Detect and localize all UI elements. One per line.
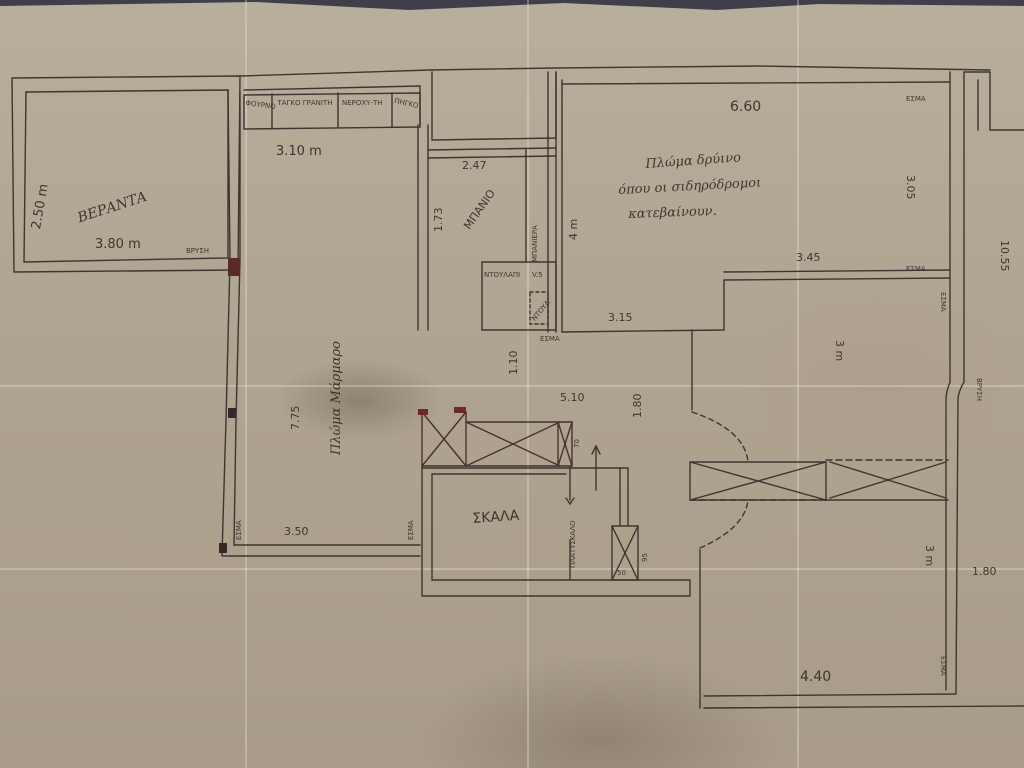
- hall-mark-right: ΕΣΜΑ: [408, 520, 415, 540]
- outer-width: 1.80: [972, 566, 997, 577]
- counter-cell-granite: ΤΑΓΚΟ ΓΡΑΝΙΤΗ: [276, 100, 334, 107]
- bathroom-width: 2.47: [462, 160, 487, 171]
- hall-width: 3.50: [284, 526, 309, 537]
- wardrobe-boxes: [690, 460, 948, 500]
- veranda-faucet: ΒΡΥΣΗ: [186, 248, 209, 255]
- esma-top-right: ΕΣΜΑ: [906, 96, 926, 103]
- living-room-dim-bottom: 3.45: [796, 252, 821, 263]
- living-room-height: 3.05: [905, 175, 916, 200]
- living-room-width: 6.60: [730, 100, 761, 114]
- veranda-width: 3.80 m: [95, 238, 141, 251]
- corridor-dim-small: 1.10: [508, 351, 519, 376]
- stair-arrow-dim: 70: [574, 439, 581, 448]
- stairs-name: ΣΚΑΛΑ: [472, 509, 520, 526]
- esma-vertical: ΕΣΜΑ: [939, 292, 946, 312]
- floor-plan-drawing: [0, 0, 1024, 768]
- wardrobe-size: V.5: [532, 272, 543, 279]
- corridor-width: 5.10: [560, 392, 585, 403]
- stair-cabinets: [422, 412, 572, 466]
- hall-floor-note: Πλώμα Μάρμαρο: [330, 341, 343, 455]
- wardrobe-name: ΝΤΟΥΛΑΠΙ: [484, 272, 520, 279]
- stair-box-height: 95: [642, 553, 649, 562]
- landing-label: ΠΛΑΤΥΣΚΑΛΟ: [570, 521, 577, 569]
- corridor-mark: ΕΣΜΑ: [540, 336, 560, 343]
- esma-bottom-right: ΕΣΜΑ: [939, 656, 946, 676]
- counter-cell-sink: ΝΕΡΟΧΥ-ΤΗ: [342, 100, 388, 107]
- bedroom-bottom-width: 4.40: [800, 670, 831, 684]
- living-room-note-3: κατεβαίνουν.: [628, 205, 717, 221]
- faucet-right: ΒΡΥΣΗ: [975, 378, 982, 401]
- bathroom-depth: 1.73: [433, 208, 444, 233]
- bedroom-top-dim: 3 m: [834, 340, 845, 361]
- bathtub-label: ΜΠΑΝΙΕΡΑ: [532, 225, 539, 262]
- total-length: 10.55: [999, 240, 1010, 272]
- bedroom-bottom-dim: 3 m: [924, 545, 935, 566]
- stair-box-width: 50: [617, 570, 626, 577]
- living-room-dim-left: 3.15: [608, 312, 633, 323]
- hall-mark-left: ΕΣΜΑ: [236, 520, 243, 540]
- corridor-height: 1.80: [632, 394, 643, 419]
- hall-length: 7.75: [290, 406, 301, 431]
- kitchen-width: 3.10 m: [276, 145, 322, 158]
- esma-mid-right: ΕΣΜΑ: [906, 266, 926, 273]
- bathroom-length: 4 m: [568, 219, 579, 240]
